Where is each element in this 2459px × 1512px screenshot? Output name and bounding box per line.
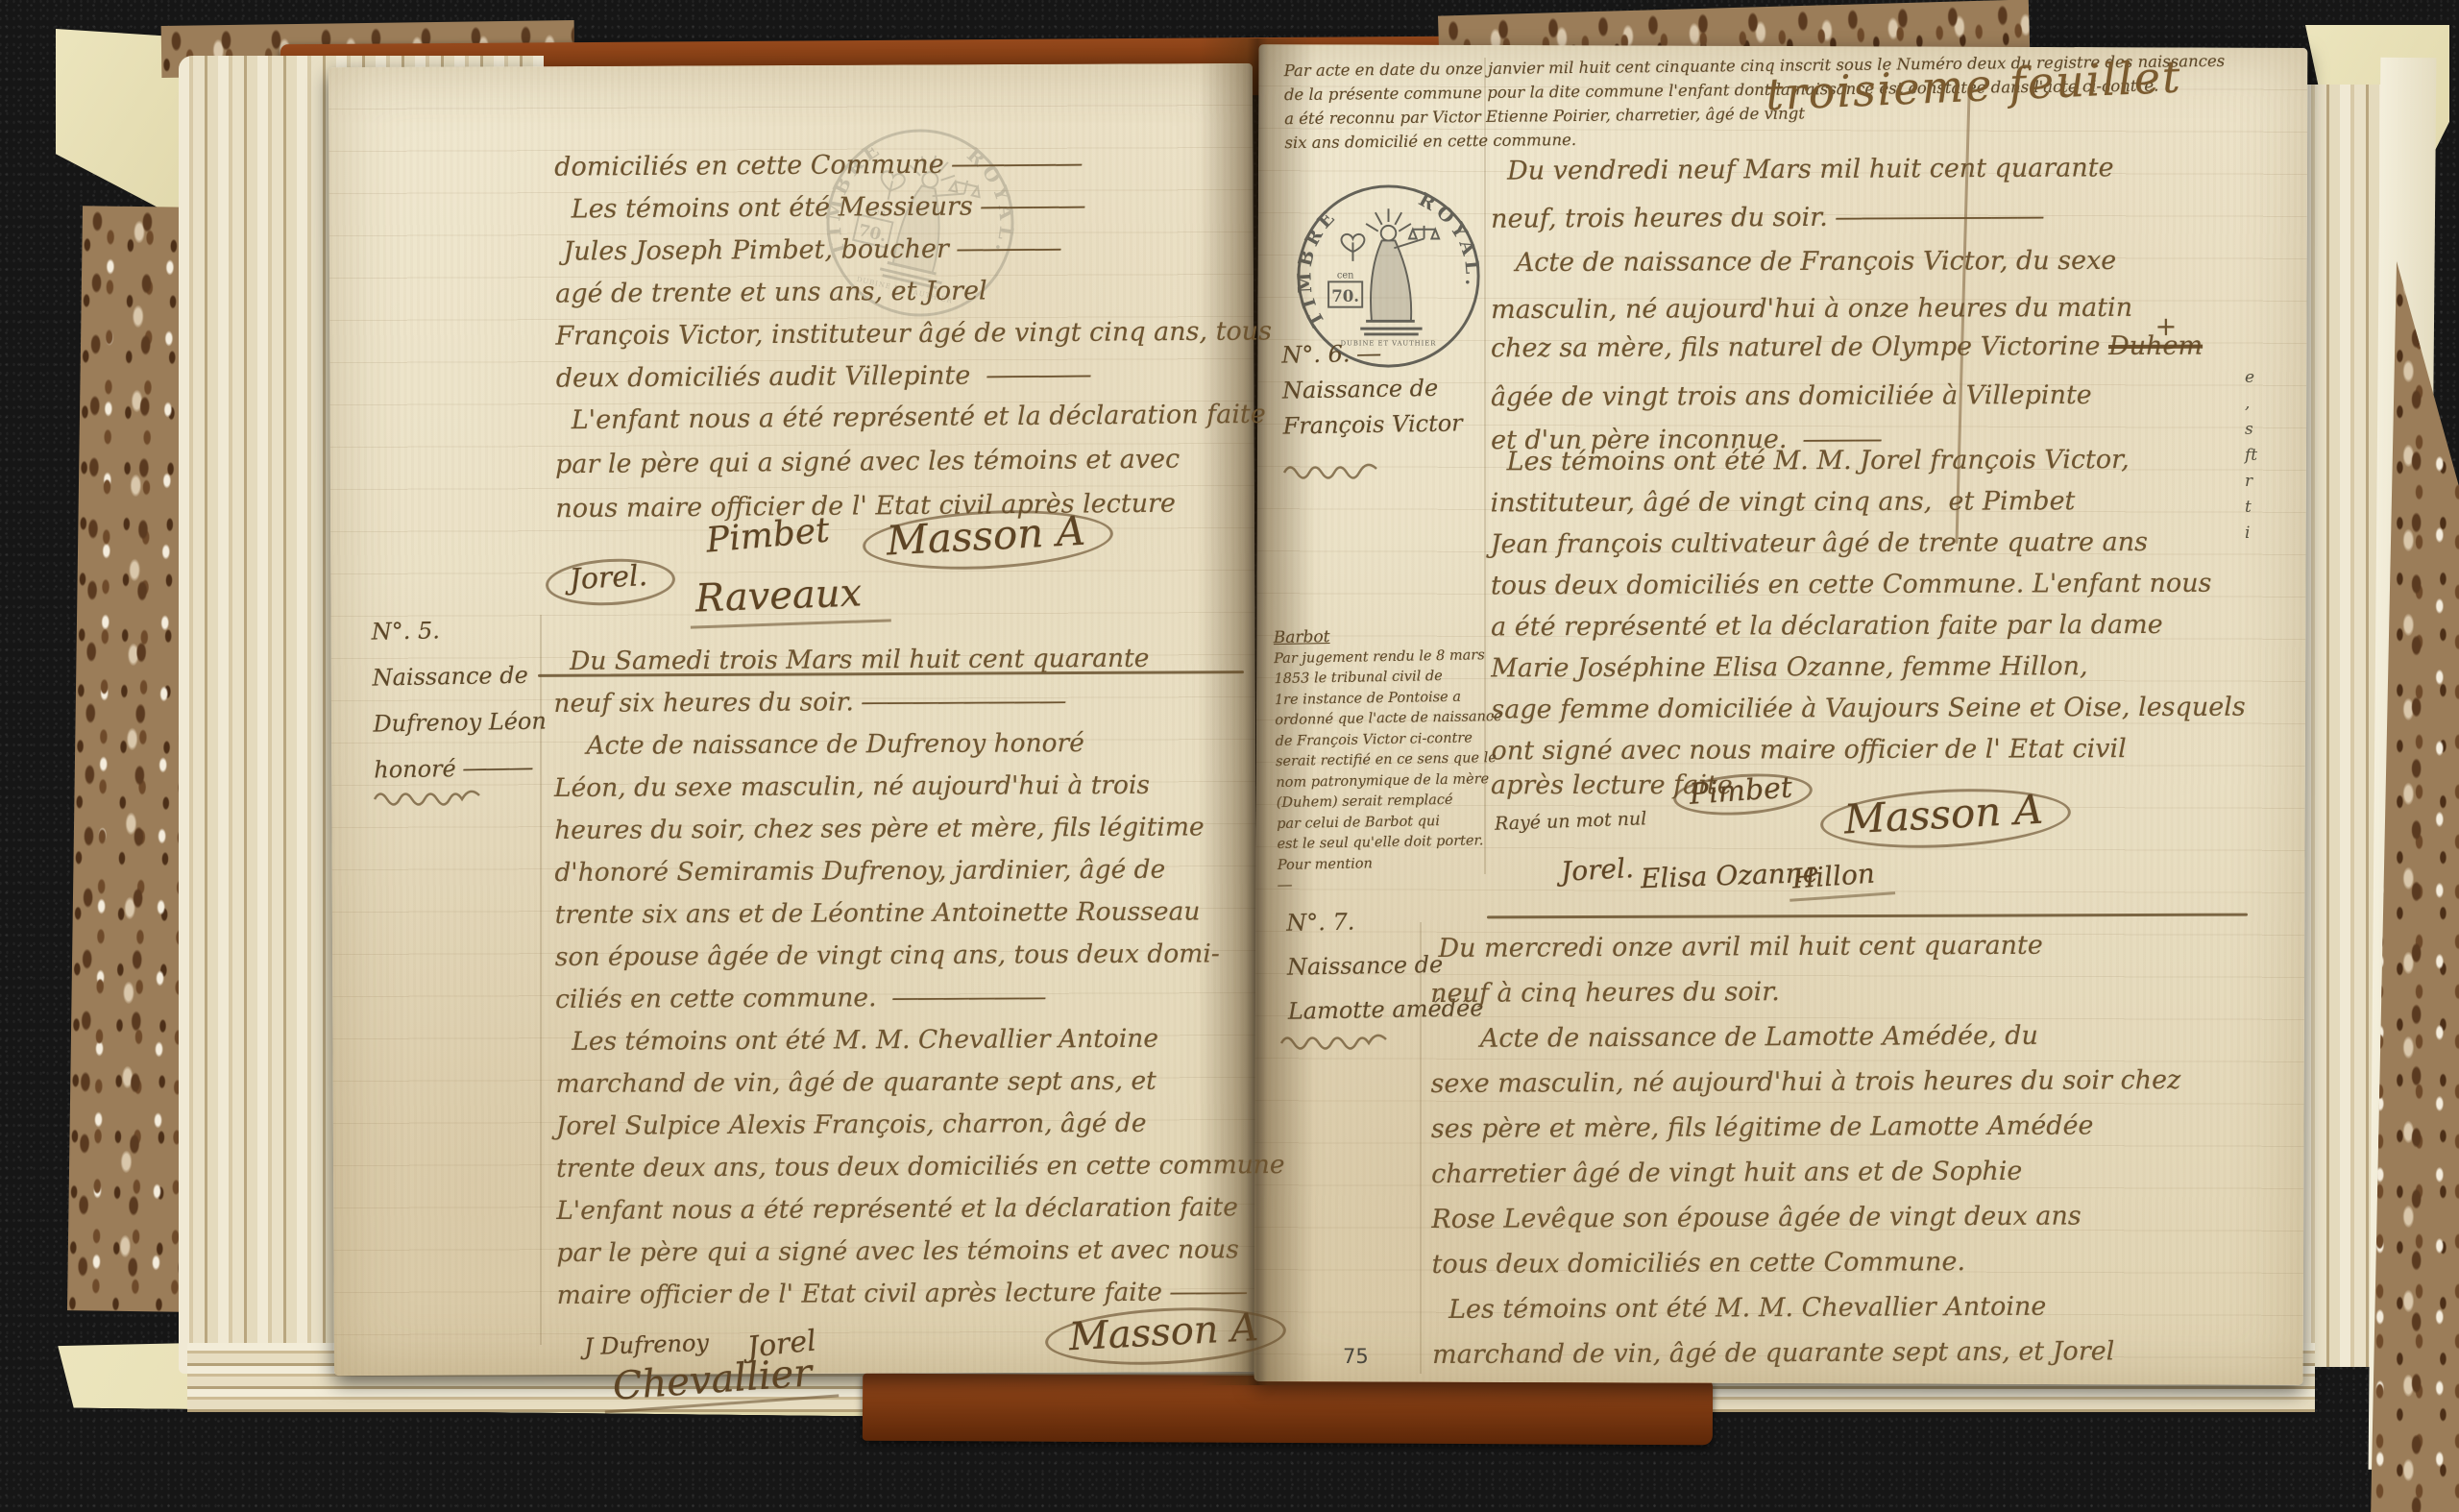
stamp-unit: cen	[1337, 270, 1354, 280]
handwritten-line: r	[2245, 469, 2257, 495]
act4-end-paragraph: domiciliés en cette Commune ――――― Les té…	[554, 141, 1272, 400]
act4-declaration-paragraph: L'enfant nous a été représenté et la déc…	[554, 393, 1266, 531]
handwritten-line: Rose Levêque son épouse âgée de vingt de…	[1431, 1193, 2181, 1242]
renvoi-plus-mark: +	[2155, 312, 2178, 342]
handwritten-line: âgée de vingt trois ans domiciliée à Vil…	[1491, 374, 2092, 419]
handwritten-line: Dufrenoy Léon	[373, 697, 547, 746]
margin-act5-title: Naissance deDufrenoy Léonhonoré ―――	[372, 651, 548, 793]
handwritten-line: Jorel Sulpice Alexis François, charron, …	[556, 1102, 1285, 1148]
handwritten-line: Acte de naissance de Lamotte Amédée, du	[1430, 1012, 2180, 1061]
handwritten-line: Jean françois cultivateur âgé de trente …	[1491, 522, 2245, 566]
handwritten-line: ciliés en cette commune. ――――――	[555, 975, 1284, 1021]
handwritten-line: e	[2245, 365, 2257, 391]
margin-act5: N°. 5. Naissance deDufrenoy Léonhonoré ―…	[371, 605, 548, 793]
barbot-note-lines: Par jugement rendu le 8 mars1853 le trib…	[1274, 645, 1505, 896]
handwritten-line: ont signé avec nous maire officier de l'…	[1491, 728, 2245, 772]
barbot-rectification-note: Barbot Par jugement rendu le 8 mars1853 …	[1274, 624, 1505, 897]
signature-raveaux: Raveaux	[689, 573, 891, 628]
stamp-word-right: ROYAL.	[1415, 188, 1482, 292]
handwritten-line: ,	[2245, 391, 2257, 417]
handwritten-line: t	[2245, 495, 2257, 521]
handwritten-line: ―	[1278, 872, 1505, 897]
handwritten-line: Acte de naissance de François Victor, du…	[1491, 237, 2132, 286]
handwritten-line: Acte de naissance de Dufrenoy honoré	[554, 721, 1283, 768]
handwritten-line: domiciliés en cette Commune ―――――	[554, 141, 1271, 188]
margin-act6: N°. 6. ― Naissance deFrançois Victor	[1281, 334, 1463, 444]
handwritten-line: ses père et mère, fils légitime de Lamot…	[1431, 1103, 2181, 1152]
handwritten-line: nom patronymique de la mère	[1276, 768, 1503, 793]
fore-edge-printed-letters: e,sftrti	[2245, 365, 2257, 547]
signature-jorel-text: Jorel.	[545, 555, 677, 608]
handwritten-line: Les témoins ont été M. M. Jorel françois…	[1490, 439, 2244, 483]
handwritten-line: neuf, trois heures du soir. ――――――――	[1491, 192, 2114, 243]
act6-date: Du vendredi neuf Mars mil huit cent quar…	[1491, 144, 2114, 243]
handwritten-line: Naissance de	[372, 651, 546, 700]
handwritten-line: tous deux domiciliés en cette Commune. L…	[1491, 563, 2245, 607]
handwritten-line: est le seul qu'elle doit porter.	[1277, 831, 1504, 856]
handwritten-line: heures du soir, chez ses père et mère, f…	[554, 806, 1283, 852]
act6-mother-line: chez sa mère, fils naturel de Olympe Vic…	[1491, 331, 2177, 363]
handwritten-line: marchand de vin, âgé de quarante sept an…	[1432, 1329, 2182, 1378]
handwritten-line: neuf à cinq heures du soir.	[1430, 967, 2180, 1016]
handwritten-line: trente deux ans, tous deux domiciliés en…	[556, 1144, 1285, 1190]
signature-jorel: Jorel.	[545, 555, 677, 608]
folio-page-number: 75	[1343, 1345, 1369, 1368]
handwritten-line: ft	[2245, 443, 2257, 469]
handwritten-line: trente six ans et de Léontine Antoinette…	[555, 890, 1284, 937]
act5-body: Du Samedi trois Mars mil huit cent quara…	[553, 637, 1285, 1317]
signature-dufrenoy: J Dufrenoy	[584, 1331, 710, 1359]
handwritten-line: L'enfant nous a été représenté et la déc…	[554, 393, 1266, 443]
handwritten-line: François Victor	[1282, 405, 1463, 444]
handwritten-line: Du Samedi trois Mars mil huit cent quara…	[553, 637, 1282, 683]
handwritten-line: i	[2245, 521, 2257, 547]
marbled-board-left	[67, 206, 196, 1312]
photo-background: TIMBRE ROYAL. cen 70. DUBINE ET VAUTHIER…	[0, 0, 2459, 1512]
act7-body: Du mercredi onze avril mil huit cent qua…	[1430, 922, 2182, 1378]
handwritten-line: a été représenté et la déclaration faite…	[1491, 604, 2245, 648]
handwritten-line: masculin, né aujourd'hui à onze heures d…	[1491, 284, 2132, 333]
handwritten-line: par le père qui a signé avec les témoins…	[555, 437, 1267, 487]
mother-line-text: chez sa mère, fils naturel de Olympe Vic…	[1491, 331, 2108, 363]
handwritten-line: neuf six heures du soir. ――――――――	[553, 679, 1282, 725]
handwritten-line: Les témoins ont été M. M. Chevallier Ant…	[1432, 1283, 2182, 1332]
handwritten-line: d'honoré Semiramis Dufrenoy, jardinier, …	[554, 848, 1283, 894]
handwritten-line: Marie Joséphine Elisa Ozanne, femme Hill…	[1491, 646, 2245, 690]
handwritten-line: s	[2245, 417, 2257, 443]
act6-body-1: Acte de naissance de François Victor, du…	[1491, 237, 2132, 333]
handwritten-line: agé de trente et uns ans, et Jorel	[555, 268, 1272, 315]
handwritten-line: Léon, du sexe masculin, né aujourd'hui à…	[554, 764, 1283, 810]
handwritten-line: son épouse âgée de vingt cinq ans, tous …	[555, 933, 1284, 979]
handwritten-line: François Victor, instituteur âgé de ving…	[555, 310, 1272, 357]
handwritten-line: L'enfant nous a été représenté et la déc…	[556, 1186, 1285, 1232]
handwritten-line: Les témoins ont été M. M. Chevallier Ant…	[555, 1017, 1284, 1063]
handwritten-line: par le père qui a signé avec les témoins…	[556, 1229, 1285, 1275]
act-number: N°. 6. ―	[1281, 334, 1462, 373]
handwritten-line: instituteur, âgé de vingt cinq ans, et P…	[1491, 480, 2245, 524]
handwritten-line: Par jugement rendu le 8 mars	[1274, 645, 1501, 670]
handwritten-line: Du vendredi neuf Mars mil huit cent quar…	[1491, 144, 2114, 195]
handwritten-line: Jules Joseph Pimbet, boucher ――――	[555, 226, 1272, 273]
handwritten-line: charretier âgé de vingt huit ans et de S…	[1431, 1148, 2181, 1197]
margin-act6-title: Naissance deFrançois Victor	[1282, 370, 1463, 444]
svg-text:ROYAL.: ROYAL.	[1415, 188, 1482, 292]
flourish	[1279, 1030, 1414, 1051]
seated-justice-figure-icon	[1342, 208, 1440, 334]
handwritten-line: Du mercredi onze avril mil huit cent qua…	[1430, 922, 2180, 971]
stamp-value: 70.	[1331, 286, 1359, 305]
handwritten-line: Les témoins ont été Messieurs ――――	[554, 183, 1271, 231]
act-number: N°. 5.	[371, 605, 545, 654]
handwritten-line: tous deux domiciliés en cette Commune.	[1431, 1238, 2181, 1287]
signature-jorel-no6: Jorel.	[1560, 855, 1634, 886]
handwritten-line: sexe masculin, né aujourd'hui à trois he…	[1431, 1058, 2181, 1107]
flourish	[373, 786, 507, 807]
signature-hillon: Hillon	[1788, 859, 1896, 902]
handwritten-line: Naissance de	[1282, 370, 1463, 408]
flourish	[1282, 459, 1398, 480]
act6-witnesses: Les témoins ont été M. M. Jorel françois…	[1490, 439, 2245, 772]
handwritten-line: marchand de vin, âgé de quarante sept an…	[555, 1060, 1284, 1106]
handwritten-line: sage femme domiciliée à Vaujours Seine e…	[1491, 687, 2245, 731]
